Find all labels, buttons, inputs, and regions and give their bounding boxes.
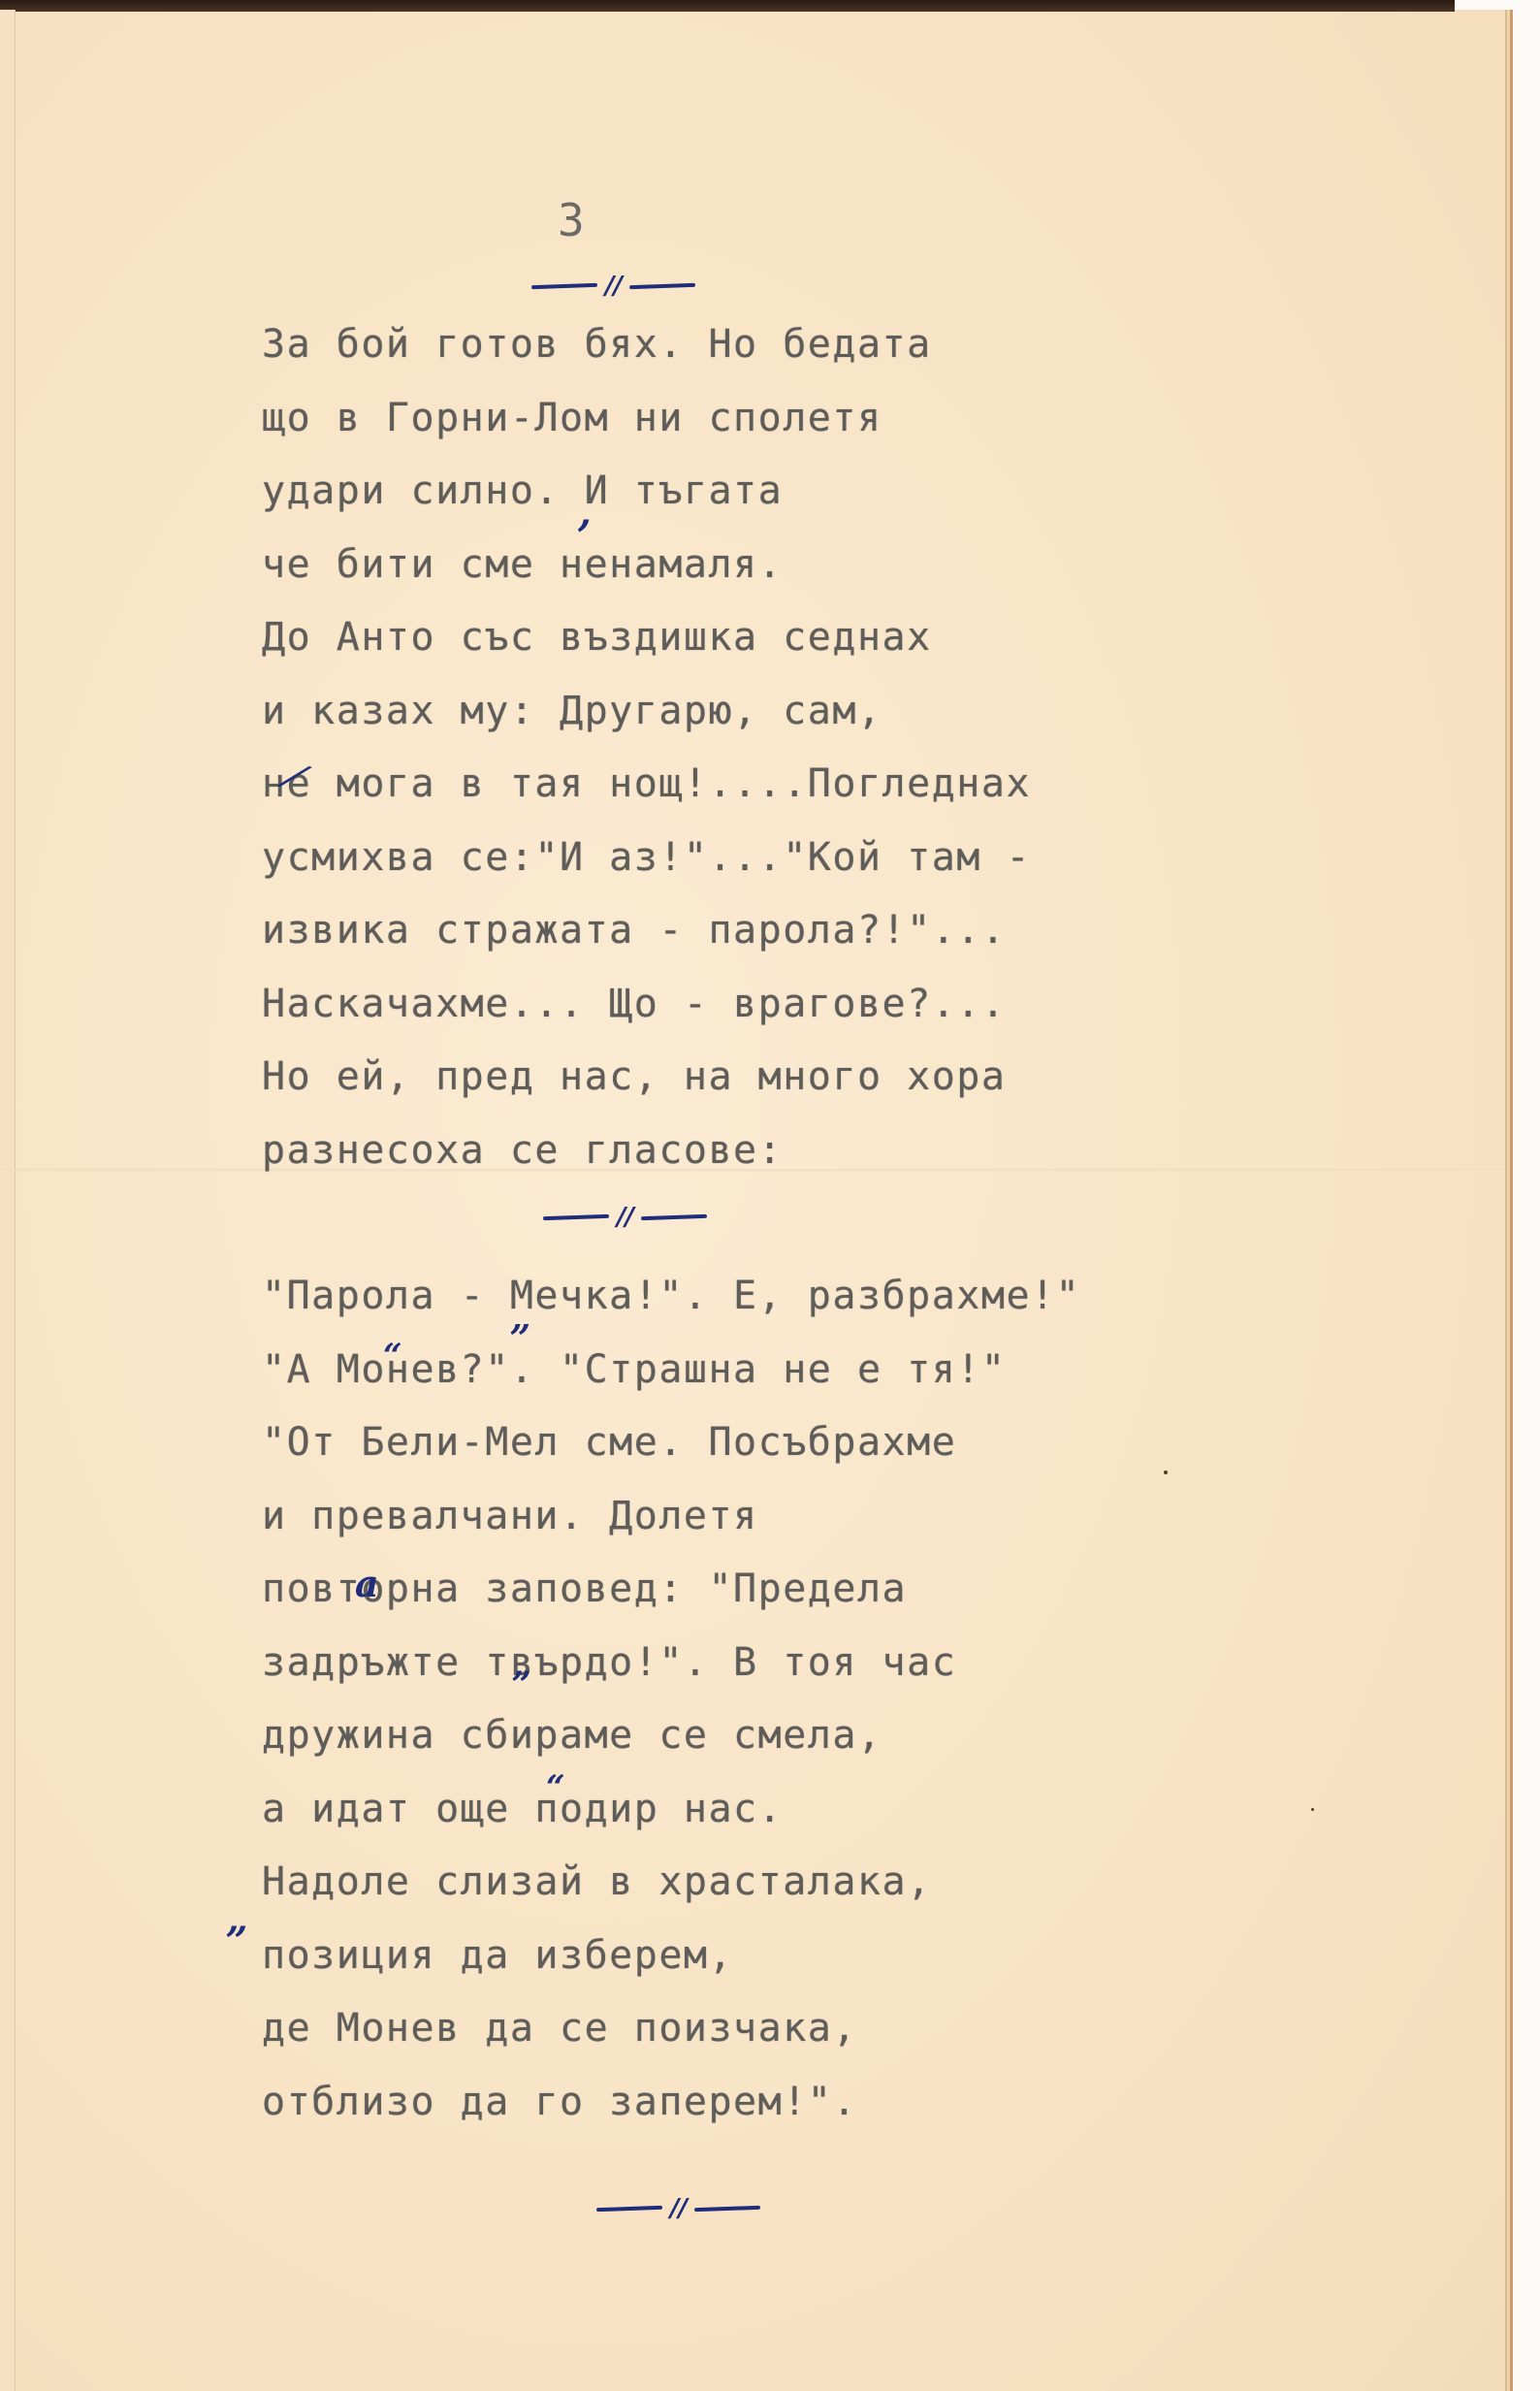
page-number: 3	[558, 194, 585, 246]
poem-line: разнесоха се гласове:	[262, 1115, 1031, 1188]
poem-line: дружина сбираме се смела,	[262, 1699, 1080, 1773]
section-divider-bottom: //	[596, 2194, 760, 2223]
poem-line: извика стражата - парола?!"...	[262, 894, 1031, 968]
poem-line: Но ей, пред нас, на много хора	[262, 1041, 1031, 1115]
pen-open-quote: „	[512, 1644, 532, 1685]
paper-speck	[1164, 1470, 1168, 1474]
poem-line: За бой готов бях. Но бедата	[262, 308, 1031, 382]
poem-line: що в Горни-Лом ни сполетя	[262, 382, 1031, 456]
divider-dash-icon	[596, 2206, 662, 2212]
pen-letter-correction: a	[355, 1562, 379, 1605]
poem-line: повторна заповед: "Предела	[262, 1553, 1080, 1627]
poem-line: и превалчани. Долетя	[262, 1480, 1080, 1554]
poem-line: де Монев да се поизчака,	[262, 1992, 1080, 2066]
pen-close-quote: “	[546, 1768, 565, 1807]
divider-dash-icon	[694, 2206, 760, 2212]
poem-line: Наскачахме... Що - врагове?...	[262, 968, 1031, 1042]
section-divider-middle: //	[543, 1203, 707, 1232]
pen-comma: ,	[578, 490, 592, 535]
pen-open-quote: „	[510, 1295, 531, 1339]
poem-line: позиция да изберем,	[262, 1920, 1080, 1993]
page-top-edge	[0, 0, 1455, 12]
poem-line: "Парола - Мечка!". E, разбрахме!"	[262, 1260, 1080, 1334]
poem-line: удари силно. И тъгата	[262, 455, 1031, 529]
poem-line: отблизо да го заперем!".	[262, 2066, 1080, 2140]
divider-mark: //	[670, 2194, 687, 2223]
stanza-2: "Парола - Мечка!". E, разбрахме!""А Моне…	[262, 1260, 1080, 2139]
section-divider-top: //	[531, 272, 695, 301]
poem-line: а идат още подир нас.	[262, 1773, 1080, 1847]
divider-mark: //	[605, 272, 622, 301]
poem-line: задръжте твърдо!". В тоя час	[262, 1627, 1080, 1700]
divider-dash-icon	[543, 1214, 609, 1220]
divider-mark: //	[617, 1203, 633, 1232]
page-binding-edge	[0, 10, 16, 2391]
divider-dash-icon	[641, 1214, 707, 1220]
poem-line: До Анто със въздишка седнах	[262, 601, 1031, 675]
poem-line: усмихва се:"И аз!"..."Кой там -	[262, 822, 1031, 895]
poem-line: "От Бели-Мел сме. Посъбрахме	[262, 1406, 1080, 1480]
poem-line: Надоле слизай в храсталака,	[262, 1846, 1080, 1920]
pen-close-quote: “	[383, 1337, 402, 1375]
divider-dash-icon	[531, 283, 597, 289]
poem-line: не мога в тая нощ!....Погледнах	[262, 748, 1031, 822]
pen-open-quote: „	[226, 1896, 248, 1942]
poem-line: и казах му: Другарю, сам,	[262, 675, 1031, 749]
poem-line: че бити сме ненамаля.	[262, 529, 1031, 602]
divider-dash-icon	[629, 283, 695, 289]
stanza-1: За бой готов бях. Но бедатащо в Горни-Ло…	[262, 308, 1031, 1187]
paper-speck	[1311, 1808, 1314, 1811]
